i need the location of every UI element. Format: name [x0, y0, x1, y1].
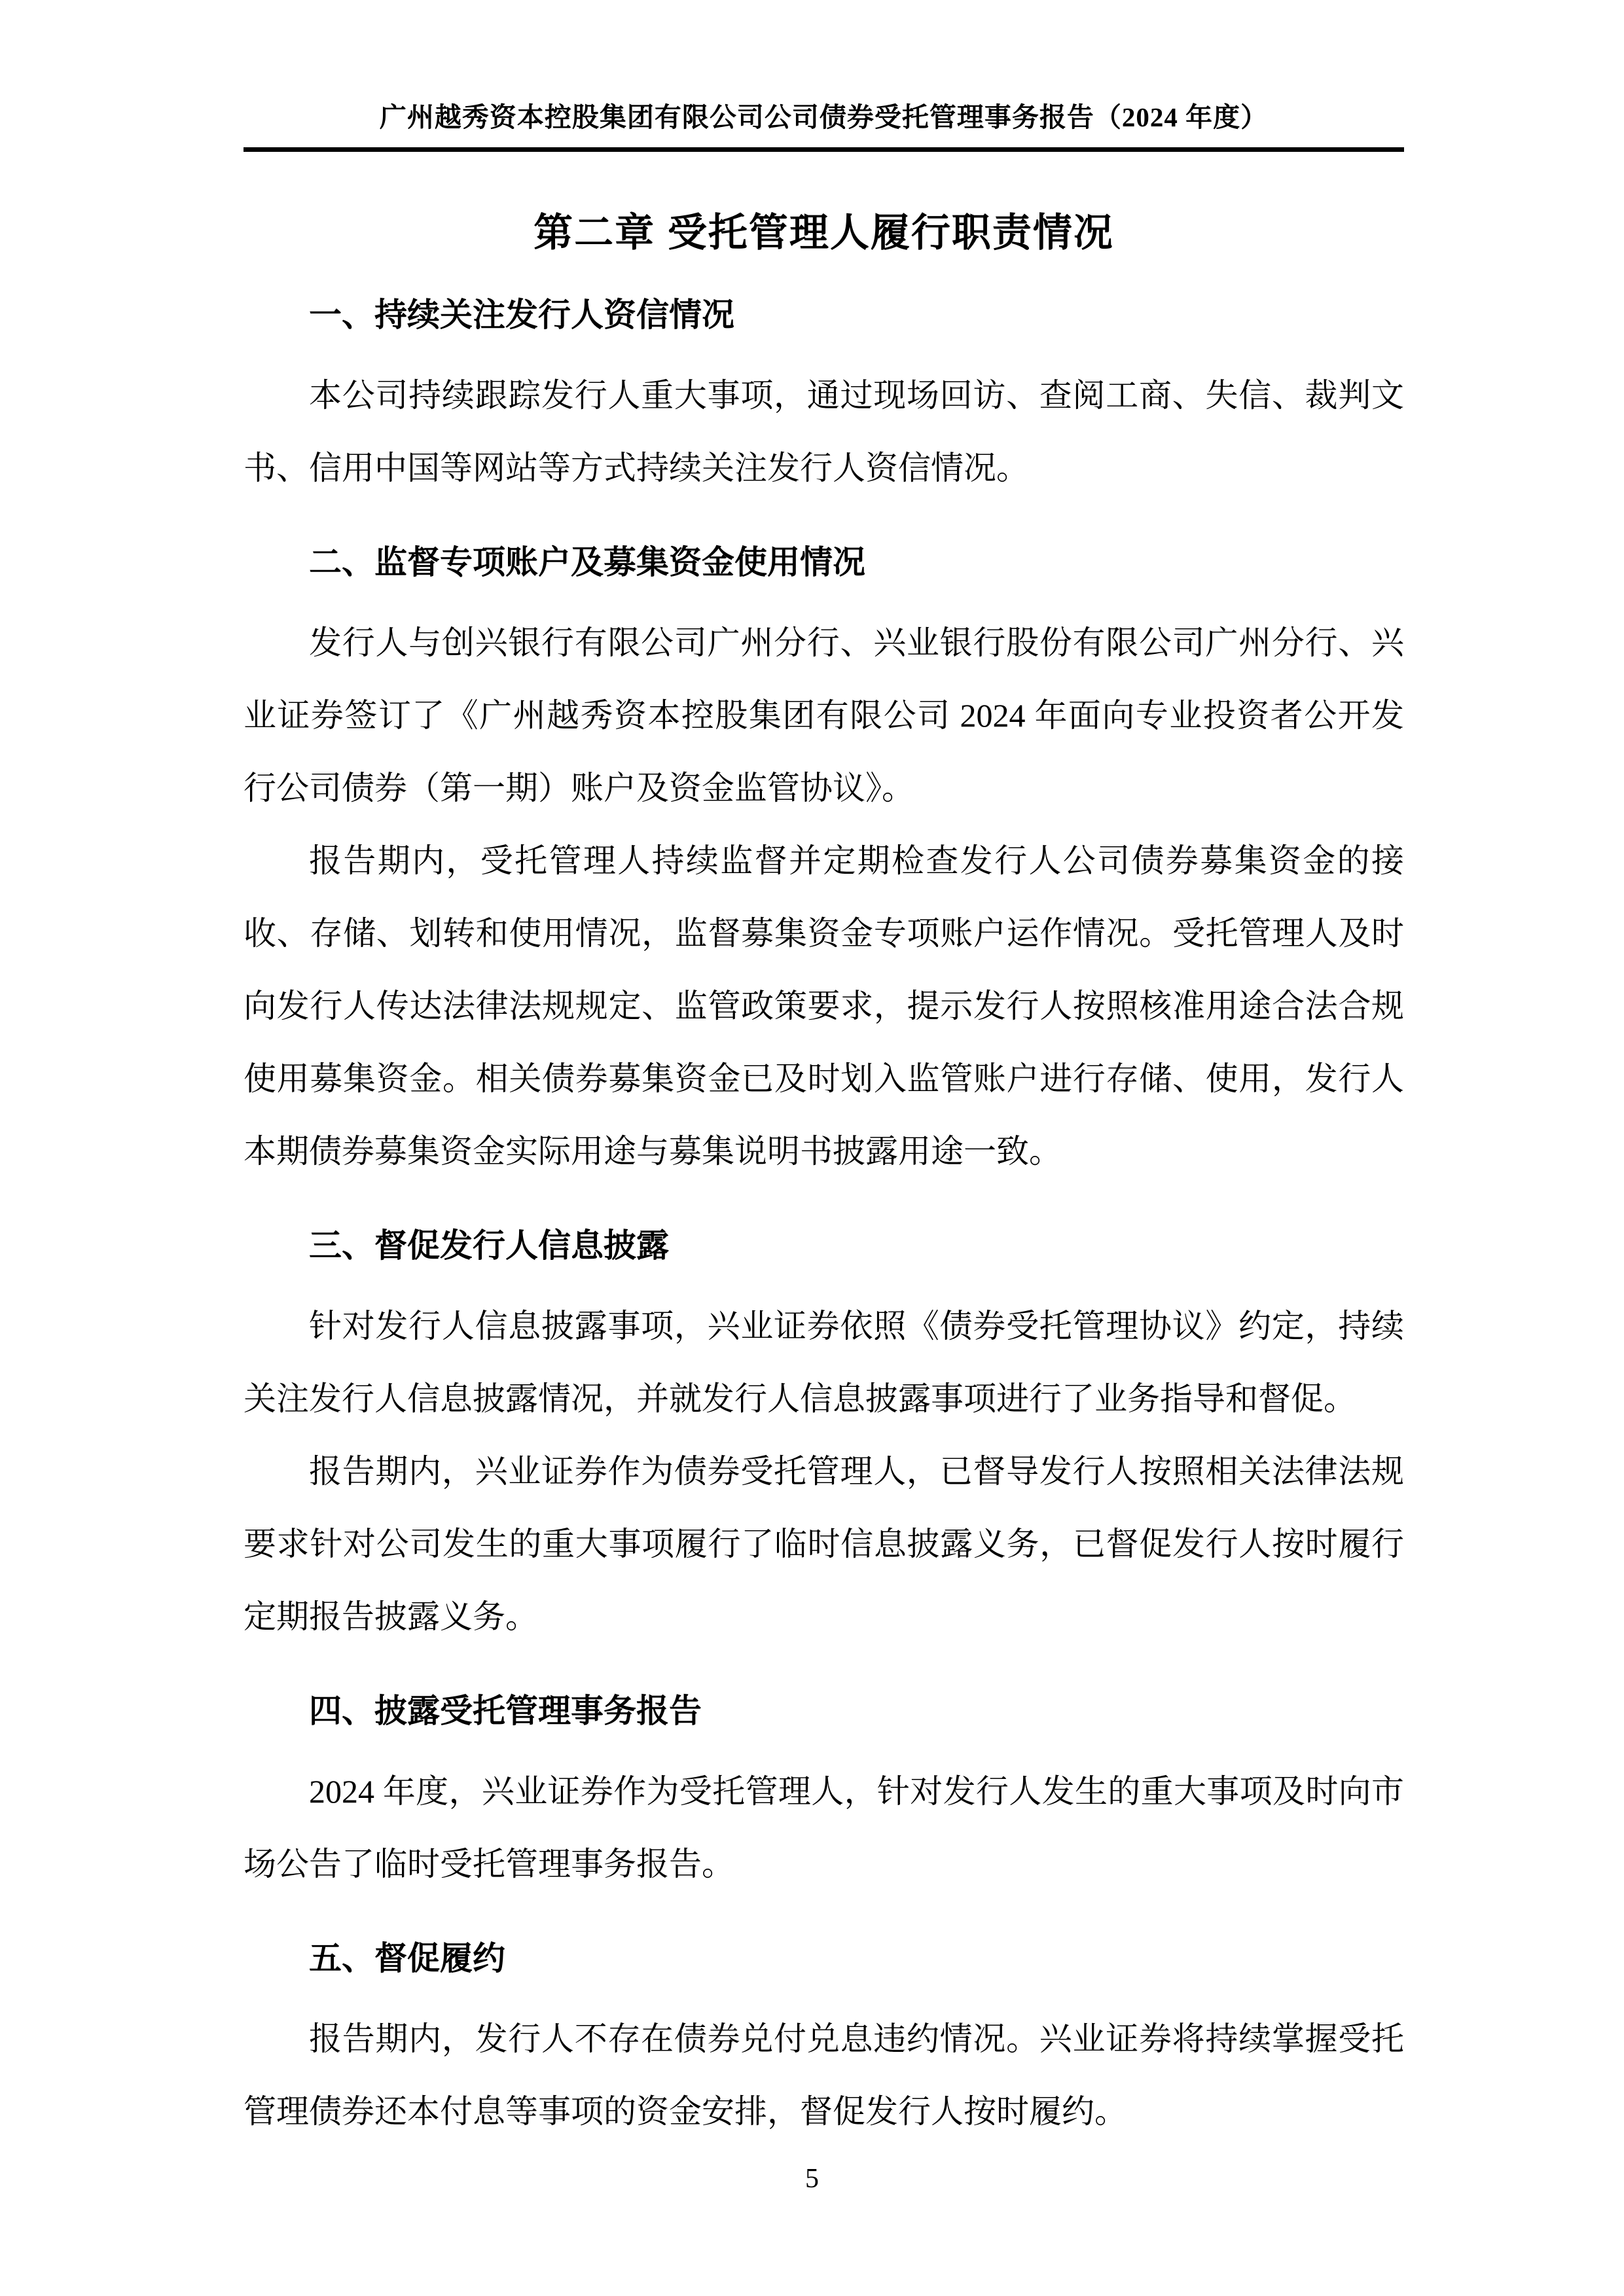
section-5-heading: 五、督促履约: [244, 1937, 1404, 1979]
section-2-heading: 二、监督专项账户及募集资金使用情况: [244, 541, 1404, 583]
section-1-paragraph-1: 本公司持续跟踪发行人重大事项，通过现场回访、查阅工商、失信、裁判文书、信用中国等…: [244, 359, 1404, 505]
section-3-paragraph-2: 报告期内，兴业证券作为债券受托管理人，已督导发行人按照相关法律法规要求针对公司发…: [244, 1435, 1404, 1653]
section-1-heading: 一、持续关注发行人资信情况: [244, 294, 1404, 336]
section-4: 四、披露受托管理事务报告 2024 年度，兴业证券作为受托管理人，针对发行人发生…: [244, 1690, 1404, 1901]
header-divider: [244, 147, 1404, 152]
header-title: 广州越秀资本控股集团有限公司公司债券受托管理事务报告（2024 年度）: [244, 99, 1404, 135]
page-number: 5: [0, 2165, 1624, 2193]
chapter-title: 第二章 受托管理人履行职责情况: [244, 208, 1404, 257]
section-2-paragraph-1: 发行人与创兴银行有限公司广州分行、兴业银行股份有限公司广州分行、兴业证券签订了《…: [244, 607, 1404, 825]
document-page: 广州越秀资本控股集团有限公司公司债券受托管理事务报告（2024 年度） 第二章 …: [0, 0, 1624, 2296]
section-4-paragraph-1: 2024 年度，兴业证券作为受托管理人，针对发行人发生的重大事项及时向市场公告了…: [244, 1755, 1404, 1901]
section-5-paragraph-1: 报告期内，发行人不存在债券兑付兑息违约情况。兴业证券将持续掌握受托管理债券还本付…: [244, 2003, 1404, 2148]
section-2: 二、监督专项账户及募集资金使用情况 发行人与创兴银行有限公司广州分行、兴业银行股…: [244, 541, 1404, 1188]
section-3-paragraph-1: 针对发行人信息披露事项，兴业证券依照《债券受托管理协议》约定，持续关注发行人信息…: [244, 1290, 1404, 1435]
section-2-paragraph-2: 报告期内，受托管理人持续监督并定期检查发行人公司债券募集资金的接收、存储、划转和…: [244, 825, 1404, 1188]
section-3: 三、督促发行人信息披露 针对发行人信息披露事项，兴业证券依照《债券受托管理协议》…: [244, 1225, 1404, 1653]
section-5: 五、督促履约 报告期内，发行人不存在债券兑付兑息违约情况。兴业证券将持续掌握受托…: [244, 1937, 1404, 2148]
section-1: 一、持续关注发行人资信情况 本公司持续跟踪发行人重大事项，通过现场回访、查阅工商…: [244, 294, 1404, 505]
section-4-heading: 四、披露受托管理事务报告: [244, 1690, 1404, 1732]
page-header: 广州越秀资本控股集团有限公司公司债券受托管理事务报告（2024 年度）: [244, 99, 1404, 152]
section-3-heading: 三、督促发行人信息披露: [244, 1225, 1404, 1266]
